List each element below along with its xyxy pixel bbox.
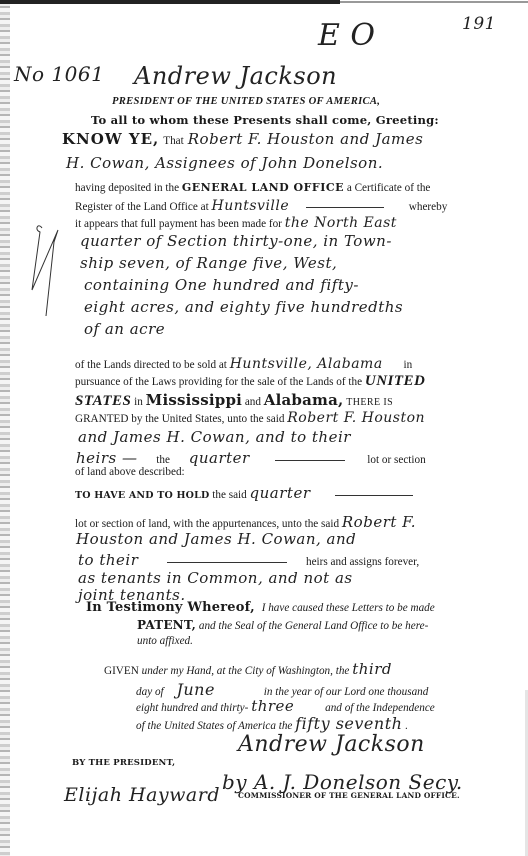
- appurtenances-text: lot or section of land, with the appurte…: [75, 518, 339, 530]
- habendum-line-2: lot or section of land, with the appurte…: [75, 513, 416, 531]
- quarter-word: quarter: [189, 449, 250, 467]
- given-word: GIVEN: [104, 665, 139, 677]
- given-text: of the United States of America the: [136, 720, 292, 732]
- given-text: and of the Independence: [325, 702, 435, 714]
- the-word: the: [156, 454, 170, 466]
- period: .: [405, 720, 408, 732]
- general-land-office: GENERAL LAND OFFICE: [182, 181, 344, 194]
- there-is: THERE IS: [346, 397, 393, 408]
- in-word: in: [403, 359, 412, 371]
- testimony-text: I have caused these Letters to be made: [262, 602, 435, 614]
- lot-or-section-text: lot or section: [367, 454, 425, 466]
- sale-line-3: STATES in Mississippi and Alabama, THERE…: [75, 391, 393, 410]
- given-year-suffix: three: [251, 697, 294, 715]
- blank-line: [167, 562, 287, 563]
- land-description-5: eight acres, and eighty five hundredths: [84, 298, 403, 316]
- heirs-assigns-line: to their heirs and assigns forever,: [78, 551, 419, 569]
- given-day: third: [352, 660, 392, 678]
- top-border-rule-faint: [340, 1, 528, 3]
- testimony-line-1: In Testimony Whereof, I have caused thes…: [86, 600, 435, 615]
- land-description-6: of an acre: [84, 320, 165, 338]
- habendum-line-1: TO HAVE AND TO HOLD the said quarter: [75, 484, 413, 502]
- register-text: Register of the Land Office at: [75, 201, 209, 213]
- granted-name-1: Robert F. Houston: [287, 410, 425, 426]
- land-description-1: the North East: [285, 215, 397, 231]
- that-word: That: [163, 135, 184, 147]
- commissioner-signature: Elijah Hayward: [64, 784, 220, 806]
- deposit-line-2: Register of the Land Office at Huntsvill…: [75, 198, 447, 214]
- blank-line: [306, 207, 384, 208]
- know-ye-line: KNOW YE, That Robert F. Houston and Jame…: [62, 130, 423, 149]
- given-text: eight hundred and thirty-: [136, 702, 248, 714]
- granted-text: GRANTED by the United States, unto the s…: [75, 413, 284, 425]
- by-the-president: BY THE PRESIDENT,: [72, 758, 175, 768]
- united-word: UNITED: [365, 373, 426, 389]
- land-above-text: of land above described:: [75, 466, 185, 478]
- certificate-number: No 1061: [14, 62, 104, 86]
- blank-line: [335, 495, 413, 496]
- laws-text: pursuance of the Laws providing for the …: [75, 376, 362, 388]
- deposit-text: having deposited in the: [75, 182, 179, 194]
- given-text: under my Hand, at the City of Washington…: [142, 665, 350, 677]
- grantees-line-1: Robert F. Houston and James: [188, 130, 424, 148]
- know-ye-lead: KNOW YE,: [62, 130, 159, 148]
- top-border-rule: [0, 0, 340, 4]
- margin-flourish-icon: [28, 220, 68, 320]
- granted-name-2: and James H. Cowan, and to their: [78, 428, 351, 446]
- sale-line-1: of the Lands directed to be sold at Hunt…: [75, 356, 412, 372]
- testimony-line-2: PATENT, and the Seal of the General Land…: [137, 618, 428, 632]
- heirs-word: heirs —: [76, 449, 137, 467]
- and-word: and: [245, 396, 261, 408]
- independence-year: fifty seventh: [295, 714, 402, 733]
- president-signature-top: Andrew Jackson: [134, 62, 337, 90]
- scan-edge-left: [0, 0, 10, 856]
- sale-place: Huntsville, Alabama: [230, 356, 383, 372]
- land-office-location: Huntsville: [211, 198, 289, 214]
- said-word: the said: [212, 489, 247, 501]
- in-word: in: [134, 396, 143, 408]
- patent-word: PATENT,: [137, 618, 196, 632]
- states-word: STATES: [75, 393, 131, 409]
- blank-line: [275, 460, 345, 461]
- deposit-line-1: having deposited in the GENERAL LAND OFF…: [75, 181, 430, 194]
- deposit-line-3: it appears that full payment has been ma…: [75, 215, 397, 231]
- testimony-text: and the Seal of the General Land Office …: [199, 620, 429, 632]
- president-signature: Andrew Jackson: [238, 732, 425, 757]
- deposit-text: a Certificate of the: [347, 182, 431, 194]
- initials-mark: E O: [318, 18, 376, 53]
- given-line-4: of the United States of America the fift…: [136, 714, 408, 733]
- tenancy-line-1: as tenants in Common, and not as: [78, 569, 353, 587]
- state-alabama: Alabama,: [264, 391, 344, 409]
- grantees-line-2: H. Cowan, Assignees of John Donelson.: [66, 154, 383, 172]
- given-line-3: eight hundred and thirty- three and of t…: [136, 697, 435, 715]
- payment-text: it appears that full payment has been ma…: [75, 218, 282, 230]
- sale-line-4: GRANTED by the United States, unto the s…: [75, 410, 425, 426]
- quarter-word: quarter: [250, 484, 311, 502]
- document-title: PRESIDENT OF THE UNITED STATES OF AMERIC…: [112, 96, 380, 107]
- habendum-name-a: Robert F.: [342, 513, 416, 531]
- state-mississippi: Mississippi: [146, 391, 242, 409]
- land-description-2: quarter of Section thirty-one, in Town-: [80, 232, 392, 250]
- land-description-4: containing One hundred and fifty-: [84, 276, 359, 294]
- testimony-line-3: unto affixed.: [137, 635, 193, 647]
- sale-line-2: pursuance of the Laws providing for the …: [75, 373, 425, 390]
- in-testimony-whereof: In Testimony Whereof,: [86, 600, 255, 615]
- commissioner-title: COMMISSIONER OF THE GENERAL LAND OFFICE.: [238, 791, 460, 800]
- heirs-assigns-text: heirs and assigns forever,: [306, 556, 419, 568]
- page-number: 191: [462, 14, 496, 34]
- habendum-name-b: Houston and James H. Cowan, and: [76, 530, 356, 548]
- to-have-and-to-hold: TO HAVE AND TO HOLD: [75, 490, 209, 501]
- whereby-text: whereby: [409, 201, 448, 213]
- greeting: To all to whom these Presents shall come…: [91, 113, 439, 127]
- heirs-line: heirs — the quarter lot or section: [76, 449, 426, 467]
- to-their: to their: [78, 551, 138, 569]
- land-description-3: ship seven, of Range five, West,: [80, 254, 337, 272]
- given-line-1: GIVEN under my Hand, at the City of Wash…: [104, 660, 392, 678]
- sale-text: of the Lands directed to be sold at: [75, 359, 227, 371]
